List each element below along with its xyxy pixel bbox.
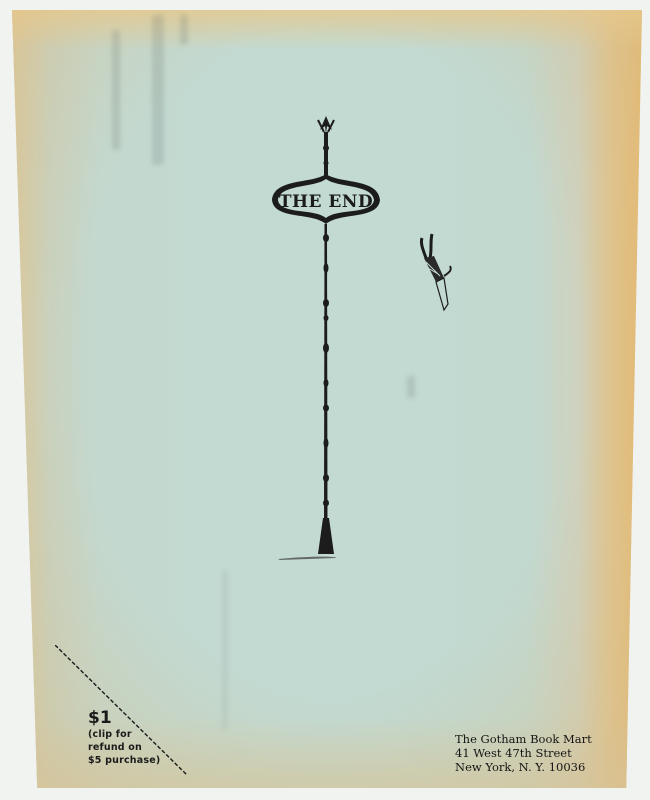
- refund-coupon: $1 (clip for refund on $5 purchase): [88, 708, 160, 767]
- stain: [222, 570, 228, 730]
- coupon-note-line: refund on: [88, 741, 160, 754]
- coupon-price: $1: [88, 708, 160, 728]
- stain: [180, 15, 188, 45]
- stain: [112, 30, 120, 150]
- publisher-name: The Gotham Book Mart: [455, 732, 592, 746]
- publisher-city: New York, N. Y. 10036: [455, 760, 592, 774]
- sign-text: THE END: [279, 192, 373, 212]
- stain: [407, 376, 415, 398]
- stain: [152, 15, 164, 165]
- publisher-address: The Gotham Book Mart 41 West 47th Street…: [455, 732, 592, 774]
- the-end-signpost-icon: THE END: [268, 108, 388, 568]
- coupon-note-line: (clip for: [88, 728, 160, 741]
- coupon-note-line: $5 purchase): [88, 754, 160, 767]
- publisher-street: 41 West 47th Street: [455, 746, 592, 760]
- falling-hand-dagger-icon: [410, 230, 460, 315]
